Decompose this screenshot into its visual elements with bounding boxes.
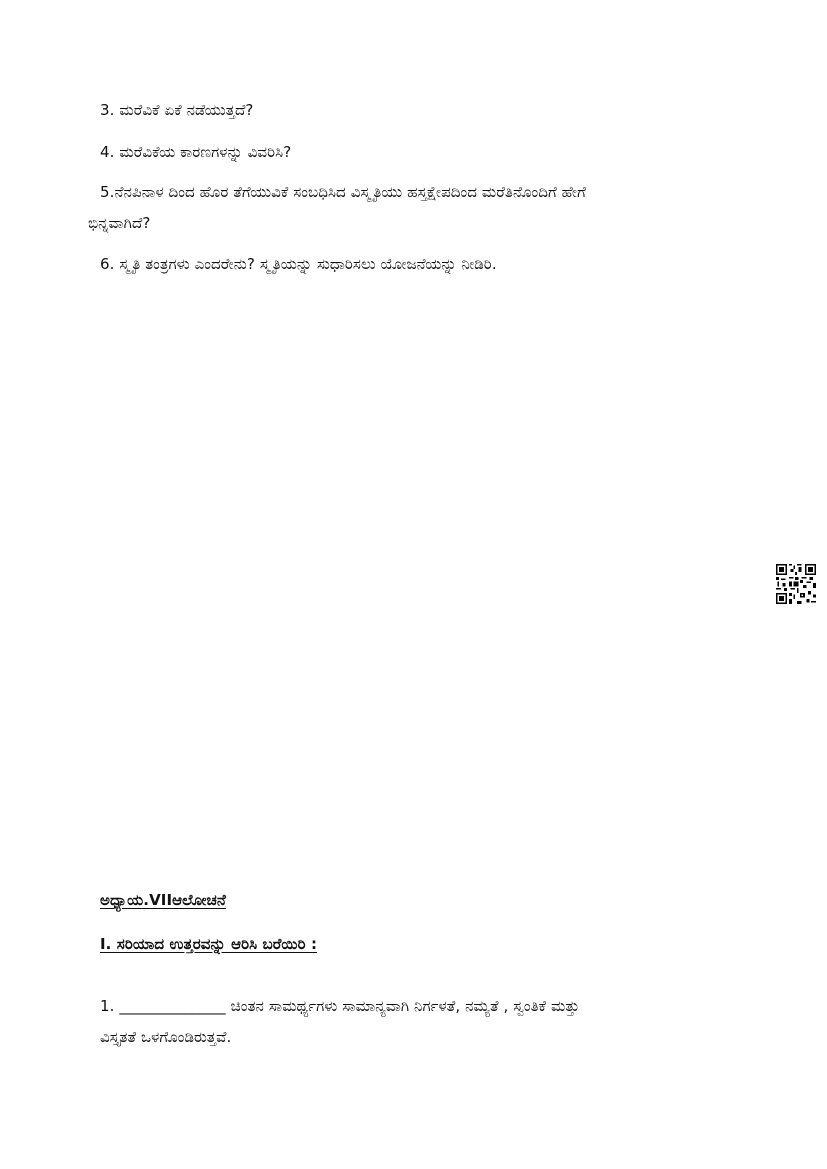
question-5-continuation: ಭಿನ್ನವಾಗಿದೆ? (88, 213, 150, 233)
question-4: 4. ಮರೆವಿಕೆಯ ಕಾರಣಗಳನ್ನು ವಿವರಿಸಿ? (100, 142, 291, 162)
qr-code-icon (776, 564, 816, 604)
question-6: 6. ಸ್ಮೃತಿ ತಂತ್ರಗಳು ಎಂದರೇನು? ಸ್ಮೃತಿಯನ್ನು … (100, 254, 497, 274)
fill-blank-question-1: 1. ______________ ಚಿಂತನ ಸಾಮರ್ಥ್ಯಗಳು ಸಾಮಾ… (100, 996, 579, 1016)
section-heading: I. ಸರಿಯಾದ ಉತ್ತರವನ್ನು ಆರಿಸಿ ಬರೆಯಿರಿ : (100, 934, 317, 954)
chapter-heading: ಅಧ್ಯಾಯ.VIIಆಲೋಚನೆ (100, 890, 226, 910)
fill-blank-question-1-continuation: ವಿಸ್ತೃತತೆ ಒಳಗೊಂಡಿರುತ್ತವೆ. (100, 1027, 231, 1047)
question-5: 5.ನೆನಪಿನಾಳ ದಿಂದ ಹೊರ ತೆಗೆಯುವಿಕೆ ಸಂಬಧಿಸಿದ … (100, 182, 586, 202)
question-3: 3. ಮರೆವಿಕೆ ಏಕೆ ನಡೆಯುತ್ತದೆ? (100, 100, 254, 120)
